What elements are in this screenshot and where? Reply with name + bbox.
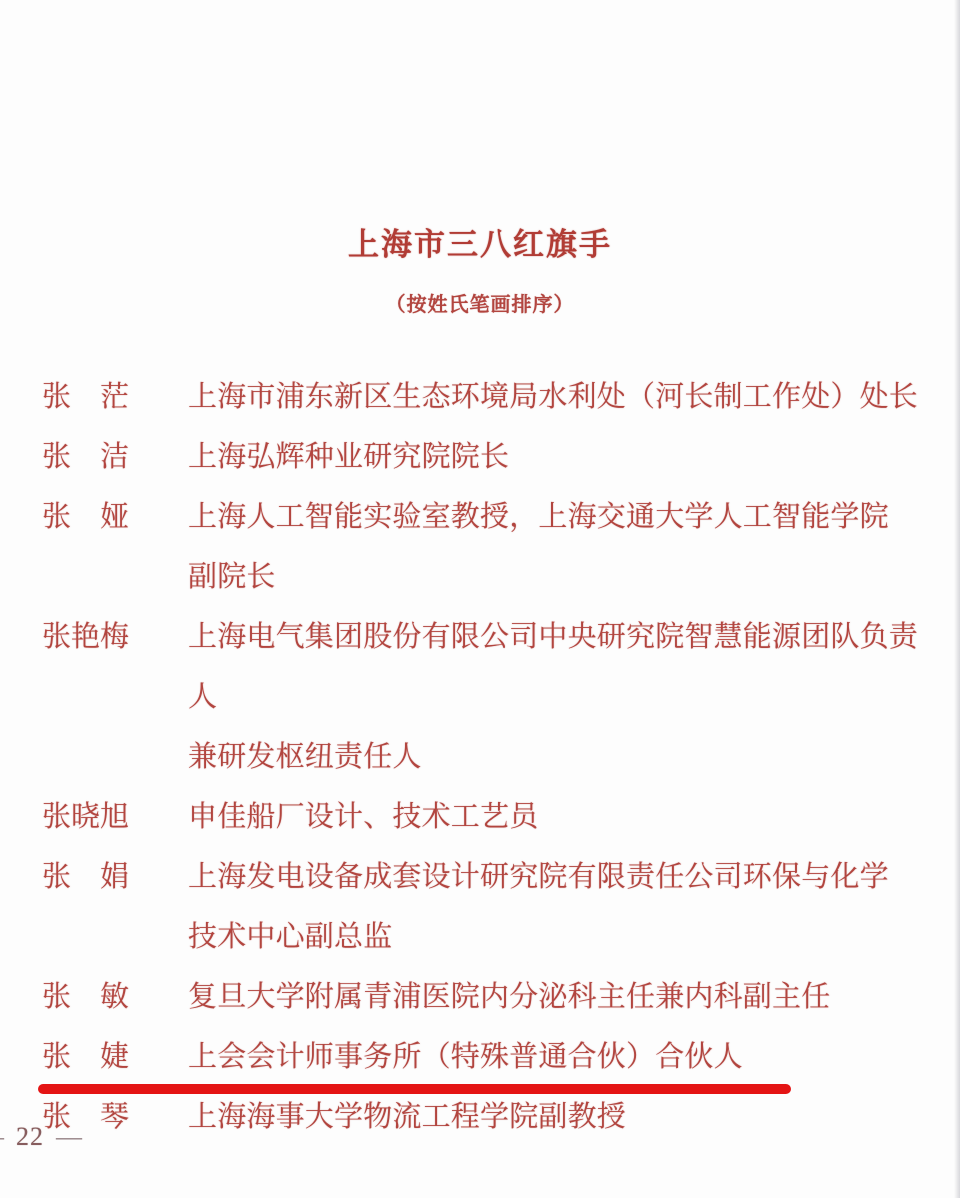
laureate-position: 上海弘辉种业研究院院长 bbox=[188, 427, 920, 487]
laureate-name: 张 洁 bbox=[42, 427, 188, 487]
laureate-position: 上海人工智能实验室教授，上海交通大学人工智能学院 副院长 bbox=[188, 487, 920, 607]
laureate-name: 张 茫 bbox=[42, 367, 188, 427]
page-number-left-dash: — bbox=[0, 1122, 4, 1152]
laureate-row-highlighted: 张 琴 上海海事大学物流工程学院副教授 bbox=[42, 1087, 922, 1147]
page-number: — 22 — bbox=[0, 1122, 82, 1152]
document-title: 上海市三八红旗手 bbox=[0, 219, 960, 264]
laureate-row: 张 婕 上会会计师事务所（特殊普通合伙）合伙人 bbox=[42, 1027, 922, 1087]
laureate-row: 张 洁 上海弘辉种业研究院院长 bbox=[42, 427, 922, 487]
page-number-value: 22 bbox=[16, 1122, 44, 1152]
red-highlight-underline bbox=[38, 1084, 791, 1094]
laureate-row: 张 敏 复旦大学附属青浦医院内分泌科主任兼内科副主任 bbox=[42, 967, 922, 1027]
laureate-row: 张 茫 上海市浦东新区生态环境局水利处（河长制工作处）处长 bbox=[42, 367, 922, 427]
laureate-name: 张 婕 bbox=[42, 1027, 188, 1087]
laureate-position: 上会会计师事务所（特殊普通合伙）合伙人 bbox=[188, 1027, 920, 1087]
laureate-name: 张 娅 bbox=[42, 487, 188, 547]
laureate-position: 上海电气集团股份有限公司中央研究院智慧能源团队负责人 兼研发枢纽责任人 bbox=[188, 607, 920, 787]
laureate-position: 申佳船厂设计、技术工艺员 bbox=[188, 787, 920, 847]
laureate-name: 张 娟 bbox=[42, 847, 188, 907]
photo-edge-shadow bbox=[954, 0, 960, 1198]
page-number-right-dash: — bbox=[56, 1122, 82, 1152]
laureate-position: 上海市浦东新区生态环境局水利处（河长制工作处）处长 bbox=[188, 367, 920, 427]
laureate-name: 张艳梅 bbox=[42, 607, 188, 667]
document-page: 上海市三八红旗手 （按姓氏笔画排序） 张 茫 上海市浦东新区生态环境局水利处（河… bbox=[0, 0, 960, 1198]
laureate-name: 张 敏 bbox=[42, 967, 188, 1027]
laureate-list: 张 茫 上海市浦东新区生态环境局水利处（河长制工作处）处长 张 洁 上海弘辉种业… bbox=[42, 367, 922, 1147]
laureate-row: 张 娅 上海人工智能实验室教授，上海交通大学人工智能学院 副院长 bbox=[42, 487, 922, 607]
laureate-row: 张 娟 上海发电设备成套设计研究院有限责任公司环保与化学 技术中心副总监 bbox=[42, 847, 922, 967]
laureate-row: 张晓旭 申佳船厂设计、技术工艺员 bbox=[42, 787, 922, 847]
laureate-position: 上海发电设备成套设计研究院有限责任公司环保与化学 技术中心副总监 bbox=[188, 847, 920, 967]
document-subtitle: （按姓氏笔画排序） bbox=[0, 288, 960, 317]
laureate-name: 张晓旭 bbox=[42, 787, 188, 847]
laureate-row: 张艳梅 上海电气集团股份有限公司中央研究院智慧能源团队负责人 兼研发枢纽责任人 bbox=[42, 607, 922, 787]
laureate-position: 复旦大学附属青浦医院内分泌科主任兼内科副主任 bbox=[188, 967, 920, 1027]
laureate-position: 上海海事大学物流工程学院副教授 bbox=[188, 1087, 920, 1147]
